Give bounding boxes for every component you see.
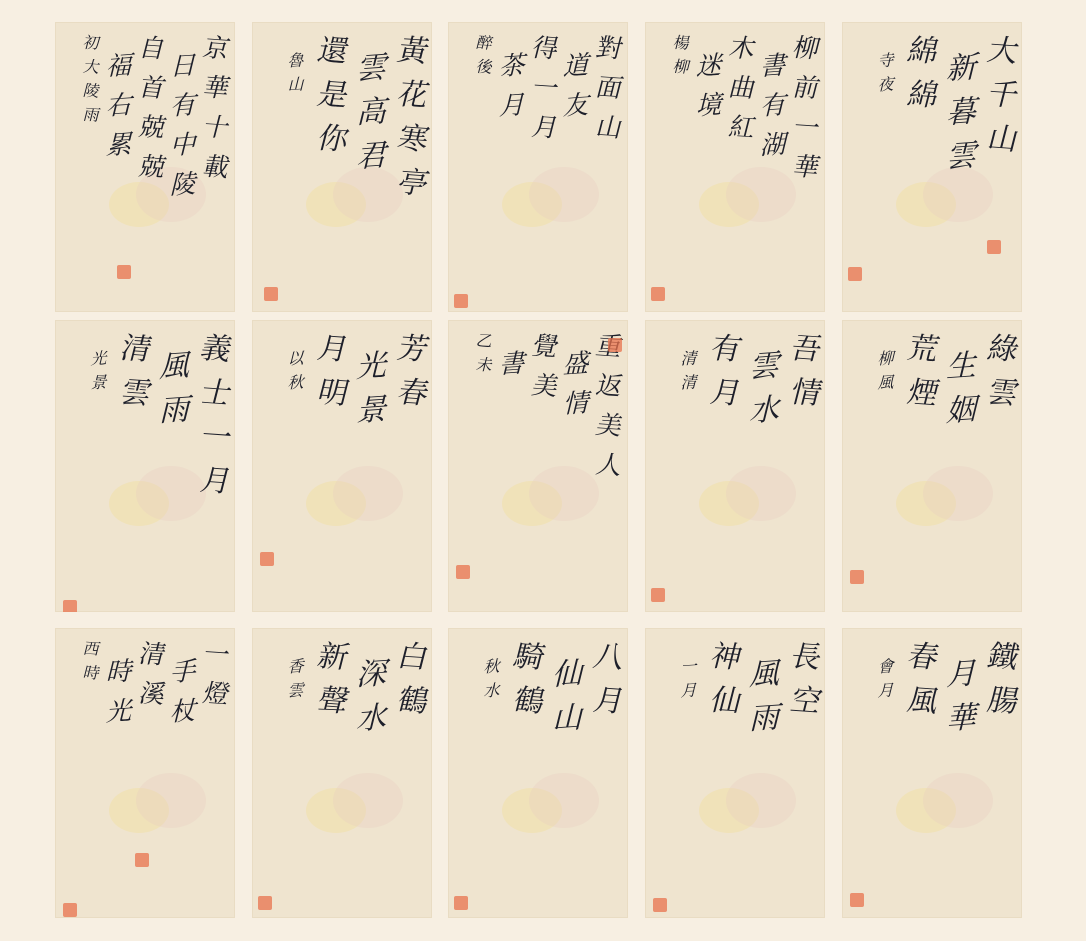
calligraphy-column: 魯山 [286,51,302,100]
calligraphy-column: 騎鶴 [508,639,538,729]
album-leaf: 一燈手杖清溪時光西時 [55,628,235,918]
red-seal-stamp [848,267,862,281]
calligraphy-column: 義士一月 [195,331,225,509]
red-seal-stamp [454,896,468,910]
calligraphy-column: 迷境 [693,51,719,132]
calligraphy-column: 乙未 [474,331,490,380]
calligraphy-column: 一月 [679,657,695,706]
flower-watermark [726,167,796,222]
album-leaf: 黃花寒亭雲高君還是你魯山 [252,22,432,312]
calligraphy-column: 仙山 [548,657,578,747]
calligraphy-column: 長空 [785,639,815,729]
red-seal-stamp [653,898,667,912]
calligraphy-column: 一燈 [199,639,225,720]
calligraphy-column: 柳風 [876,349,892,398]
calligraphy-column: 清雲 [115,331,145,421]
flower-watermark [923,466,993,521]
calligraphy-column: 手杖 [167,657,193,738]
calligraphy-column: 神仙 [705,639,735,729]
calligraphy-column: 重返美人 [592,331,618,491]
calligraphy-column: 生姻 [942,349,972,439]
red-seal-stamp [63,903,77,917]
album-leaf: 柳前一華書有湖木曲紅迷境楊柳 [645,22,825,312]
calligraphy-column: 風雨 [745,657,775,747]
calligraphy-column: 日有中陵 [167,51,193,211]
flower-watermark [726,773,796,828]
album-leaf: 長空風雨神仙一月 [645,628,825,918]
red-seal-stamp [260,552,274,566]
calligraphy-column: 書有湖 [757,51,783,172]
calligraphy-column: 得一月 [528,33,554,154]
red-seal-stamp [987,240,1001,254]
calligraphy-column: 覺美 [528,331,554,412]
calligraphy-column: 光景 [352,349,382,439]
red-seal-stamp [456,565,470,579]
red-seal-stamp [850,893,864,907]
calligraphy-column: 寺夜 [876,51,892,100]
calligraphy-column: 醉後 [474,33,490,82]
red-seal-stamp [63,600,77,612]
red-seal-stamp [135,853,149,867]
flower-watermark [923,773,993,828]
calligraphy-column: 八月 [588,639,618,729]
calligraphy-column: 鐵腸 [982,639,1012,729]
calligraphy-column: 有月 [705,331,735,421]
calligraphy-column: 雲高君 [352,51,382,185]
flower-watermark [726,466,796,521]
album-leaf: 重返美人盛情覺美書乙未 [448,320,628,612]
calligraphy-column: 清清 [679,349,695,398]
calligraphy-column: 香雲 [286,657,302,706]
calligraphy-column: 盛情 [560,349,586,430]
calligraphy-column: 對面山 [592,33,618,154]
calligraphy-column: 吾情 [785,331,815,421]
calligraphy-column: 月明 [312,331,342,421]
flower-watermark [333,466,403,521]
album-leaf: 對面山道友得一月茶月醉後 [448,22,628,312]
red-seal-stamp [264,287,278,301]
calligraphy-column: 白鶴 [392,639,422,729]
album-leaf: 吾情雲水有月清清 [645,320,825,612]
album-leaf: 八月仙山騎鶴秋水 [448,628,628,918]
album-leaf: 鐵腸月華春風會月 [842,628,1022,918]
red-seal-stamp [454,294,468,308]
red-seal-stamp [608,338,622,352]
calligraphy-column: 黃花寒亭 [392,33,422,211]
calligraphy-column: 芳春 [392,331,422,421]
calligraphy-column: 道友 [560,51,586,132]
calligraphy-column: 書 [496,349,522,390]
calligraphy-column: 楊柳 [671,33,687,82]
calligraphy-column: 會月 [876,657,892,706]
red-seal-stamp [651,287,665,301]
red-seal-stamp [117,265,131,279]
flower-watermark [529,167,599,222]
calligraphy-column: 大千山 [982,33,1012,167]
red-seal-stamp [651,588,665,602]
album-leaf: 芳春光景月明以秋 [252,320,432,612]
album-leaf: 白鶴深水新聲香雲 [252,628,432,918]
calligraphy-column: 綿綿 [902,33,932,123]
calligraphy-column: 雲水 [745,349,775,439]
album-leaf: 綠雲生姻荒煙柳風 [842,320,1022,612]
calligraphy-column: 柳前一華 [789,33,815,193]
flower-watermark [529,466,599,521]
red-seal-stamp [850,570,864,584]
calligraphy-column: 京華十載 [199,33,225,193]
flower-watermark [529,773,599,828]
album-leaf: 京華十載日有中陵自首兢兢福右累初大陵雨 [55,22,235,312]
calligraphy-column: 秋水 [482,657,498,706]
calligraphy-column: 自首兢兢 [135,33,161,193]
calligraphy-column: 木曲紅 [725,33,751,154]
red-seal-stamp [258,896,272,910]
calligraphy-column: 風雨 [155,349,185,439]
calligraphy-column: 西時 [81,639,97,688]
calligraphy-column: 時光 [103,657,129,738]
calligraphy-column: 還是你 [312,33,342,167]
calligraphy-column: 清溪 [135,639,161,720]
calligraphy-album-grid: 京華十載日有中陵自首兢兢福右累初大陵雨黃花寒亭雲高君還是你魯山對面山道友得一月茶… [0,0,1086,941]
flower-watermark [333,773,403,828]
calligraphy-column: 深水 [352,657,382,747]
calligraphy-column: 福右累 [103,51,129,172]
calligraphy-column: 光景 [89,349,105,398]
calligraphy-column: 月華 [942,657,972,747]
calligraphy-column: 綠雲 [982,331,1012,421]
calligraphy-column: 新聲 [312,639,342,729]
album-leaf: 義士一月風雨清雲光景 [55,320,235,612]
calligraphy-column: 春風 [902,639,932,729]
calligraphy-column: 新暮雲 [942,51,972,185]
calligraphy-column: 以秋 [286,349,302,398]
album-leaf: 大千山新暮雲綿綿寺夜 [842,22,1022,312]
calligraphy-column: 茶月 [496,51,522,132]
calligraphy-column: 荒煙 [902,331,932,421]
calligraphy-column: 初大陵雨 [81,33,97,130]
flower-watermark [136,773,206,828]
